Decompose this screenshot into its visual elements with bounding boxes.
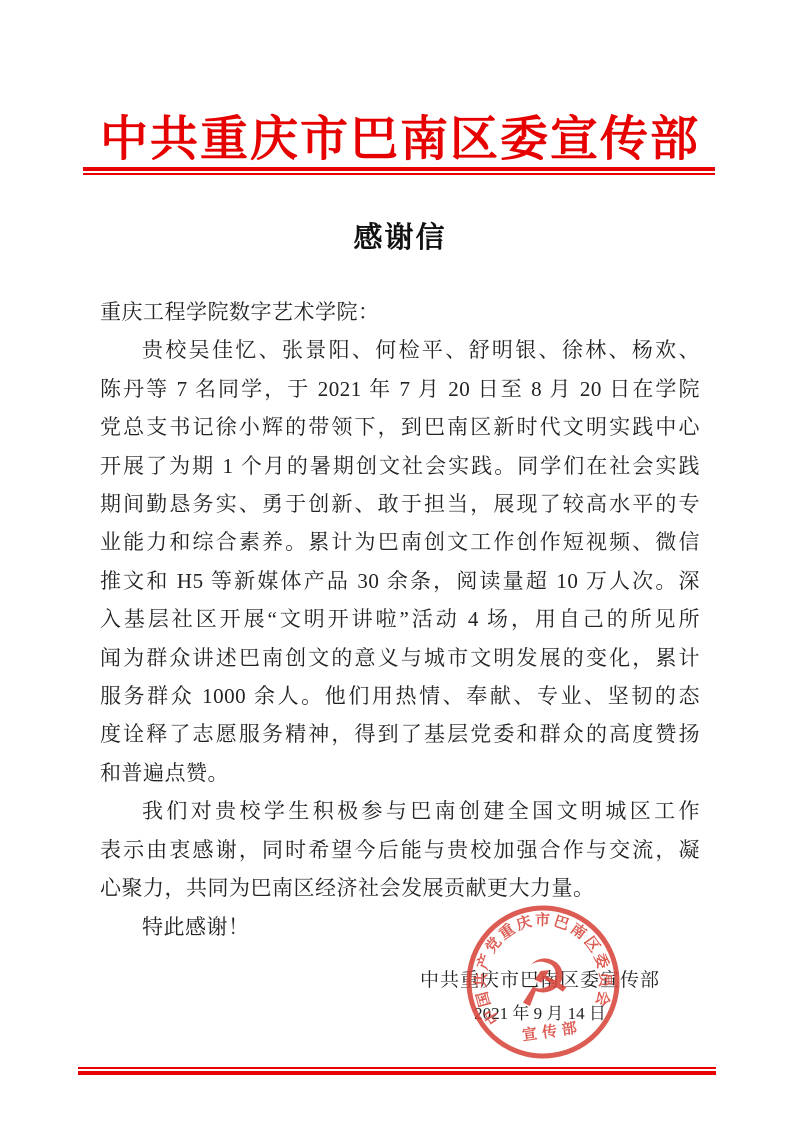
letter-title: 感谢信 — [0, 215, 800, 256]
body-line: 表示由衷感谢，同时希望今后能与贵校加强合作与交流，凝 — [100, 831, 700, 869]
body-line: 服务群众 1000 余人。他们用热情、奉献、专业、坚韧的态 — [100, 677, 700, 715]
letter-page: 中共重庆市巴南区委宣传部 感谢信 重庆工程学院数字艺术学院： 贵校吴佳忆、张景阳… — [0, 0, 800, 1131]
footer-divider — [78, 1067, 716, 1075]
body-line: 推文和 H5 等新媒体产品 30 余条，阅读量超 10 万人次。深 — [100, 562, 700, 600]
body-line: 党总支书记徐小辉的带领下，到巴南区新时代文明实践中心 — [100, 408, 700, 446]
body-line: 入基层社区开展“文明开讲啦”活动 4 场，用自己的所见所 — [100, 600, 700, 638]
body-line: 开展了为期 1 个月的暑期创文社会实践。同学们在社会实践 — [100, 447, 700, 485]
signature-org: 中共重庆市巴南区委宣传部 — [400, 968, 680, 994]
salutation: 重庆工程学院数字艺术学院： — [100, 293, 700, 331]
body-line: 心聚力，共同为巴南区经济社会发展贡献更大力量。 — [100, 869, 700, 907]
body-line: 我们对贵校学生积极参与巴南创建全国文明城区工作 — [100, 792, 700, 830]
signature-date: 2021 年 9 月 14 日 — [400, 1003, 680, 1025]
divider-thin-line — [83, 173, 715, 175]
letterhead-divider — [83, 167, 715, 175]
body-line: 陈丹等 7 名同学，于 2021 年 7 月 20 日至 8 月 20 日在学院 — [100, 370, 700, 408]
body-line: 闻为群众讲述巴南创文的意义与城市文明发展的变化，累计 — [100, 639, 700, 677]
body-line: 贵校吴佳忆、张景阳、何检平、舒明银、徐林、杨欢、 — [100, 331, 700, 369]
body-paragraphs: 贵校吴佳忆、张景阳、何检平、舒明银、徐林、杨欢、陈丹等 7 名同学，于 2021… — [100, 331, 700, 946]
letterhead-org-name: 中共重庆市巴南区委宣传部 — [0, 100, 800, 169]
signature-block: 中共重庆市巴南区委宣传部 2021 年 9 月 14 日 — [400, 968, 680, 1025]
letter-body: 重庆工程学院数字艺术学院： 贵校吴佳忆、张景阳、何检平、舒明银、徐林、杨欢、陈丹… — [100, 293, 700, 946]
body-line: 业能力和综合素养。累计为巴南创文工作创作短视频、微信 — [100, 523, 700, 561]
footer-thick-line — [78, 1071, 716, 1075]
body-line: 期间勤恳务实、勇于创新、敢于担当，展现了较高水平的专 — [100, 485, 700, 523]
body-line: 度诠释了志愿服务精神，得到了基层党委和群众的高度赞扬 — [100, 715, 700, 753]
body-line: 特此感谢！ — [100, 908, 700, 946]
body-line: 和普遍点赞。 — [100, 754, 700, 792]
